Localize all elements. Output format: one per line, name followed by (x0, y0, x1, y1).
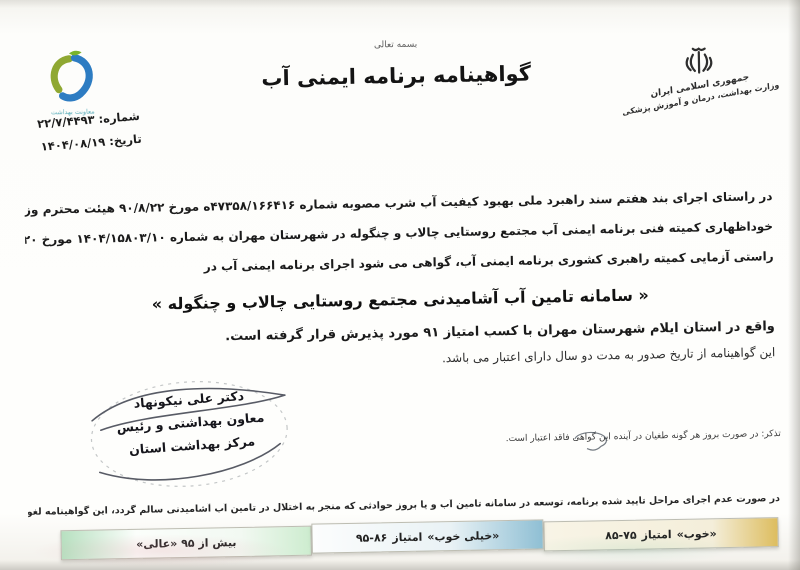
date-label: تاریخ: (105, 132, 142, 149)
scanned-certificate-page: { "document": { "bismillah": "بسمه تعالی… (0, 0, 800, 570)
band-verygood-range: ۹۵-۸۶ (356, 531, 388, 545)
scan-edge-right (788, 0, 800, 570)
certificate-body-paragraph: در راستای اجرای بند هفتم سند راهبرد ملی … (24, 181, 774, 285)
certificate-sheet: بسمه تعالی گواهینامه برنامه ایمنی آب معا… (0, 0, 800, 570)
paper-background: بسمه تعالی گواهینامه برنامه ایمنی آب معا… (0, 0, 800, 570)
scan-edge-bottom (0, 560, 800, 570)
warning-note-text: تذکر: در صورت بروز هر گونه طغیان در آیند… (506, 429, 781, 444)
number-label: شماره: (94, 109, 140, 127)
warning-note: تذکر: در صورت بروز هر گونه طغیان در آیند… (481, 429, 781, 444)
note-scribble (567, 424, 616, 455)
signature-block: دکتر علی نیکونهاد معاون بهداشتی و رئیس م… (90, 381, 290, 464)
revocation-clause: در صورت عدم اجرای مراحل تایید شده برنامه… (28, 493, 780, 518)
letter-date-row: تاریخ: ۱۴۰۴/۰۸/۱۹ (9, 132, 142, 156)
band-verygood-unit: امتیاز (392, 530, 422, 544)
band-verygood-grade: «خیلی خوب» (427, 529, 499, 543)
health-deputy-logo: معاونت بهداشت (30, 47, 115, 117)
score-band-verygood-content: ۹۵-۸۶ امتیاز «خیلی خوب» (356, 529, 500, 545)
iran-emblem-icon (682, 44, 717, 79)
date-value: ۱۴۰۴/۰۸/۱۹ (40, 135, 105, 154)
location-score-line: واقع در استان ایلام شهرستان مهران با کسب… (27, 319, 775, 348)
water-swirl-logo-icon (40, 47, 105, 102)
score-band-verygood: ۹۵-۸۶ امتیاز «خیلی خوب» (312, 519, 544, 553)
letter-meta: شماره: ۲۲/۷/۴۴۹۳ تاریخ: ۱۴۰۴/۰۸/۱۹ (8, 109, 143, 165)
water-system-name: « سامانه تامین آب آشامیدنی مجتمع روستایی… (0, 283, 800, 317)
ministry-header: جمهوری اسلامی ایران وزارت بهداشت، درمان … (614, 43, 785, 102)
scan-edge-top (0, 0, 800, 8)
validity-line: این گواهینامه از تاریخ صدور به مدت دو سا… (27, 345, 775, 373)
